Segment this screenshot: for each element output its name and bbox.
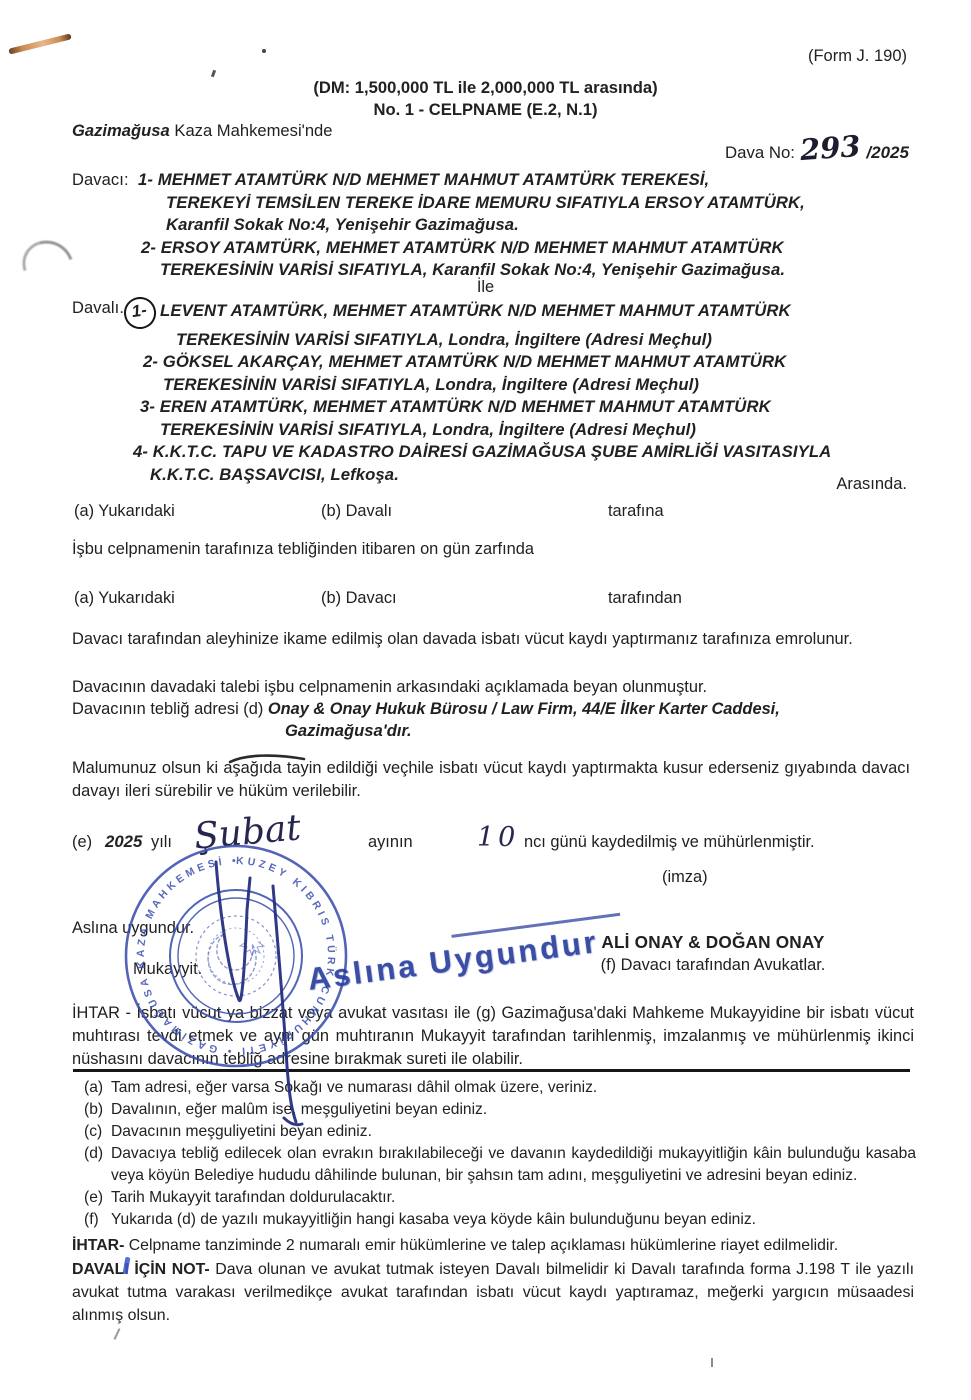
seal-inner-ring2 [178,898,294,1014]
footnote-tag: (e) [84,1187,111,1209]
ihtar-note-text: Celpname tanziminde 2 numaralı emir hükü… [124,1237,838,1254]
defendant-line: TEREKESİNİN VARİSİ SIFATIYLA, Londra, İn… [176,329,932,352]
defendant-note-label: DAVALI İÇİN NOT- [72,1261,210,1278]
service-address-line: Davacının tebliğ adresi (d) Onay & Onay … [72,698,910,721]
ihtar-paragraph: İHTAR - İsbatı vücut ya bizzat veya avuk… [72,1002,914,1071]
warning-paragraph: Malumunuz olsun ki aşağıda tayin edildiğ… [72,757,910,803]
arasinda-line: Arasında. [836,473,907,495]
defendant-line-text: LEVENT ATAMTÜRK, MEHMET ATAMTÜRK N/D MEH… [160,301,791,320]
plaintiff-block: Davacı: 1- MEHMET ATAMTÜRK N/D MEHMET MA… [72,169,932,282]
footnote-tag: (c) [84,1121,111,1143]
date-yili-label: yılı [151,833,172,852]
defendant-note: DAVALI İÇİN NOT- Dava olunan ve avukat t… [72,1258,914,1327]
footnote: (c)Davacının meşguliyetini beyan ediniz. [84,1121,916,1143]
footnote-text: Tam adresi, eğer varsa Sokağı ve numaras… [111,1077,916,1099]
service-address-value: Onay & Onay Hukuk Bürosu / Law Firm, 44/… [268,700,780,718]
registration-date-line: (e) 2025 yılı Şubat ayının 10 ncı günü k… [0,818,971,870]
footnote-tag: (b) [84,1099,111,1121]
footnote: (d)Davacıya tebliğ edilecek olan evrakın… [84,1143,916,1187]
seal-star [240,942,264,956]
defendant-line: K.K.T.C. BAŞSAVCISI, Lefkoşa. [150,464,932,487]
defendant-line: 1-LEVENT ATAMTÜRK, MEHMET ATAMTÜRK N/D M… [124,297,932,329]
footnote-tag: (d) [84,1143,111,1187]
defendant-line: TEREKESİNİN VARİSİ SIFATIYLA, Londra, İn… [163,374,932,397]
defendant-block: Davalı. 1-LEVENT ATAMTÜRK, MEHMET ATAMTÜ… [72,297,932,486]
footnote-text: Yukarıda (d) de yazılı mukayyitliğin han… [111,1209,916,1231]
plaintiff-line: Karanfil Sokak No:4, Yenişehir Gazimağus… [166,214,932,237]
circled-number-annotation: 1- [122,295,158,331]
defendant-label: Davalı. [72,297,124,320]
seal-crescent [208,934,256,984]
fill-b: (b) Davacı [321,587,397,609]
fill-row-defendant: (a) Yukarıdaki (b) Davalı tarafına [72,500,932,522]
form-reference: (Form J. 190) [808,47,907,66]
date-ayinin-label: ayının [368,833,413,852]
seal-emblem-ring [196,916,276,996]
ihtar-note-label: İHTAR- [72,1237,124,1254]
footnote-text: Davacının meşguliyetini beyan ediniz. [111,1121,916,1143]
case-number-year: /2025 [866,143,909,162]
aslina-uygundur-line: Aslına uygundur. [72,919,194,938]
scan-speck [262,49,266,53]
scan-speck [114,1328,121,1340]
fill-a: (a) Yukarıdaki [74,587,175,609]
fill-c: tarafından [608,587,682,609]
date-suffix: ncı günü kaydedilmiş ve mühürlenmiştir. [524,833,815,852]
case-number-label: Dava No: [725,143,795,162]
court-city: Gazimağusa [72,121,170,140]
footnote: (e)Tarih Mukayyit tarafından doldurulaca… [84,1187,916,1209]
service-address-city: Gazimağusa'dır. [285,721,412,741]
order-paragraph: Davacı tarafından aleyhinize ikame edilm… [72,628,910,651]
claim-statement-line: Davacının davadaki talebi işbu celpnamen… [72,676,910,699]
scan-speck [211,70,216,78]
fill-c: tarafına [608,500,664,522]
plaintiff-line: TEREKEYİ TEMSİLEN TEREKE İDARE MEMURU SI… [166,192,932,215]
scanned-court-summons-page: (Form J. 190) (DM: 1,500,000 TL ile 2,00… [0,0,971,1400]
footnote-tag: (a) [84,1077,111,1099]
footnote: (a)Tam adresi, eğer varsa Sokağı ve numa… [84,1077,916,1099]
ihtar-note: İHTAR- Celpname tanziminde 2 numaralı em… [72,1237,914,1255]
fill-b: (b) Davalı [321,500,392,522]
footnote-text: Davalının, eğer malûm ise, meşguliyetini… [111,1099,916,1121]
footnote-text: Tarih Mukayyit tarafından doldurulacaktı… [111,1187,916,1209]
defendant-line: 4- K.K.T.C. TAPU VE KADASTRO DAİRESİ GAZ… [133,441,932,464]
footnote-text: Davacıya tebliğ edilecek olan evrakın bı… [111,1143,916,1187]
form-title: No. 1 - CELPNAME (E.2, N.1) [0,100,971,120]
service-address-prefix: Davacının tebliğ adresi (d) [72,700,268,718]
plaintiff-line: 1- MEHMET ATAMTÜRK N/D MEHMET MAHMUT ATA… [138,169,932,192]
case-number: Dava No: 293 /2025 [725,131,909,165]
plaintiff-line: 2- ERSOY ATAMTÜRK, MEHMET ATAMTÜRK N/D M… [141,237,932,260]
claim-amount-line: (DM: 1,500,000 TL ile 2,000,000 TL arası… [0,78,971,98]
notice-period-line: İşbu celpnamenin tarafınıza tebliğinden … [72,540,534,559]
footnote: (b)Davalının, eğer malûm ise, meşguliyet… [84,1099,916,1121]
fill-row-plaintiff: (a) Yukarıdaki (b) Davacı tarafından [72,587,932,609]
pen-streak-mark [8,33,72,54]
seal-emblem-ring2 [208,928,264,984]
plaintiff-label: Davacı: [72,169,129,192]
date-day-handwritten: 10 [477,822,519,853]
defendant-line: 3- EREN ATAMTÜRK, MEHMET ATAMTÜRK N/D ME… [140,396,932,419]
defendant-line: TEREKESİNİN VARİSİ SIFATIYLA, Londra, İn… [160,419,932,442]
date-year: 2025 [105,832,142,852]
footnote: (f)Yukarıda (d) de yazılı mukayyitliğin … [84,1209,916,1231]
court-name: Gazimağusa Kaza Mahkemesi'nde [72,121,333,141]
scan-speck [711,1358,713,1367]
defendant-line: 2- GÖKSEL AKARÇAY, MEHMET ATAMTÜRK N/D M… [143,351,932,374]
footnote-tag: (f) [84,1209,111,1231]
court-name-rest: Kaza Mahkemesi'nde [170,121,333,140]
date-month-handwritten: Şubat [192,807,302,857]
date-e-tag: (e) [72,833,92,852]
case-number-handwritten: 293 [799,129,862,167]
fill-a: (a) Yukarıdaki [74,500,175,522]
ile-separator: İle [0,278,971,297]
imza-placeholder: (imza) [662,868,708,887]
registrar-label: Mukayyit. [133,960,202,979]
footnotes-list: (a)Tam adresi, eğer varsa Sokağı ve numa… [84,1077,916,1231]
